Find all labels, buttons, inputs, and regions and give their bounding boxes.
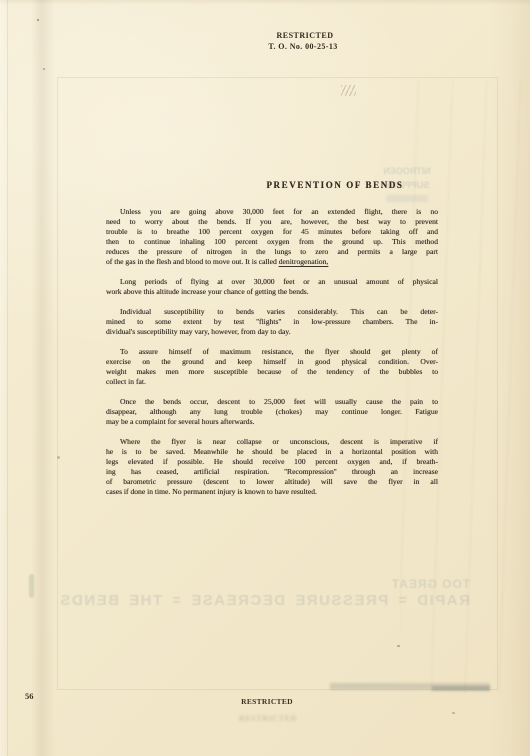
text-line: reduces the pressure of nitrogen in the … xyxy=(106,247,438,257)
text-line: To assure himself of maximum resistance,… xyxy=(106,347,438,357)
text-line: dividual's susceptibility may vary, howe… xyxy=(106,327,438,337)
text-line: Once the bends occur, descent to 25,000 … xyxy=(106,397,438,407)
text-line: of barometric pressure (descent to lower… xyxy=(106,477,438,487)
text-line: disappear, although any lung trouble (ch… xyxy=(106,407,438,417)
paper-speck xyxy=(452,712,455,714)
header-restricted-stamp: RESTRICTED xyxy=(0,31,530,40)
text-line: trouble is to breathe 100 percent oxygen… xyxy=(106,227,438,237)
text-line: Unless you are going above 30,000 feet f… xyxy=(106,207,438,217)
page-title: PREVENTION OF BENDS xyxy=(0,180,530,190)
text-line: work above this altitude increase your c… xyxy=(106,287,438,297)
body-text: Unless you are going above 30,000 feet f… xyxy=(106,207,438,507)
text-line: legs elevated if possible. He should rec… xyxy=(106,457,438,467)
paragraph: Where the flyer is near collapse or unco… xyxy=(106,437,438,497)
footer-restricted-stamp: RESTRICTED xyxy=(0,697,530,706)
header-technical-order-number: T. O. No. 00-25-13 xyxy=(0,42,530,51)
text-line: exercise on the ground and keep himself … xyxy=(106,357,438,367)
text-line: Long periods of flying at over 30,000 fe… xyxy=(106,277,438,287)
document-page: NITROGEN SUPPLIES TOO GREAT RAPID = PRES… xyxy=(0,0,530,756)
paragraph: Individual susceptibility to bends varie… xyxy=(106,307,438,337)
paper-speck xyxy=(397,645,400,647)
text-line: then to continue inhaling 100 percent ox… xyxy=(106,237,438,247)
bleedthrough-smudge xyxy=(432,686,490,691)
text-line: collect in fat. xyxy=(106,377,438,387)
paragraph: Once the bends occur, descent to 25,000 … xyxy=(106,397,438,427)
ink-scratch-mark xyxy=(341,85,356,96)
footer-restricted-ghost-offset: RESTRICTED xyxy=(208,714,328,723)
bleedthrough-caption-line: RAPID = PRESSURE DECREASE = THE BENDS xyxy=(52,592,470,609)
text-line: may be a complaint for several hours aft… xyxy=(106,417,438,427)
text-line: weight makes men more susceptible becaus… xyxy=(106,367,438,377)
text-line: need to worry about the bends. If you ar… xyxy=(106,217,438,227)
text-line: of the gas in the flesh and blood to mov… xyxy=(106,257,438,267)
bleedthrough-illegible-word xyxy=(386,195,428,202)
text-line: cases if done in time. No permanent inju… xyxy=(106,487,438,497)
paper-speck xyxy=(57,456,60,459)
text-line: Individual susceptibility to bends varie… xyxy=(106,307,438,317)
paragraph: Unless you are going above 30,000 feet f… xyxy=(106,207,438,267)
text-line: ing has ceased, artificial respiration. … xyxy=(106,467,438,477)
text-line: he is to be saved. Meanwhile he should b… xyxy=(106,447,438,457)
text-line: mined to some extent by test ''flights''… xyxy=(106,317,438,327)
text-line: Where the flyer is near collapse or unco… xyxy=(106,437,438,447)
paper-streak xyxy=(29,574,34,598)
paper-speck xyxy=(43,68,45,70)
paragraph: Long periods of flying at over 30,000 fe… xyxy=(106,277,438,297)
paragraph: To assure himself of maximum resistance,… xyxy=(106,347,438,387)
bleedthrough-caption: TOO GREAT RAPID = PRESSURE DECREASE = TH… xyxy=(52,577,470,609)
bleedthrough-caption-line: TOO GREAT xyxy=(52,577,470,592)
bleedthrough-word: NITROGEN xyxy=(381,164,433,178)
paper-speck xyxy=(37,19,39,21)
binding-fold-shadow xyxy=(31,0,55,756)
page-edge-line xyxy=(7,0,8,756)
